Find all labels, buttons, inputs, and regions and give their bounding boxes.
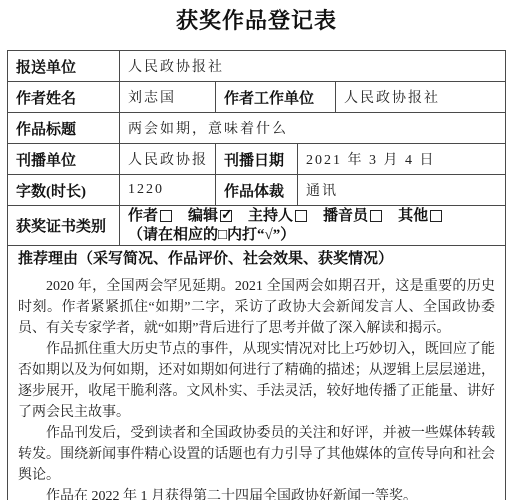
- author-unit-label: 作者工作单位: [224, 87, 314, 108]
- publish-date-value: 2021 年 3 月 4 日: [306, 149, 436, 169]
- publish-date-label: 刊播日期: [224, 149, 284, 170]
- row-cert-type: 获奖证书类别 作者 编辑 主持人: [8, 206, 505, 246]
- submit-unit-value: 人民政协报社: [128, 56, 224, 76]
- submit-unit-label: 报送单位: [16, 56, 76, 77]
- author-unit-value: 人民政协报社: [344, 87, 440, 107]
- cert-type-label: 获奖证书类别: [16, 215, 106, 236]
- cert-option-author-label: 作者: [128, 207, 158, 226]
- row-count-genre: 字数(时长) 1220 作品体裁 通讯: [8, 175, 505, 206]
- reason-paragraph-2: 作品抓住重大历史节点的事件，从现实情况对比上巧妙切入，既回应了能否如期以及为何如…: [18, 339, 495, 423]
- author-unit-label-cell: 作者工作单位: [216, 82, 336, 112]
- genre-label: 作品体裁: [224, 180, 284, 201]
- registration-form-table: 报送单位 人民政协报社 作者姓名 刘志国 作者工作单位 人民政协报社 作: [7, 50, 506, 500]
- reason-paragraph-4: 作品在 2022 年 1 月获得第二十四届全国政协好新闻一等奖。: [18, 486, 495, 500]
- editor-checkbox[interactable]: [220, 210, 232, 222]
- announcer-checkbox[interactable]: [370, 210, 382, 222]
- cert-options-line: 作者 编辑 主持人 播音员: [128, 207, 458, 226]
- genre-label-cell: 作品体裁: [216, 175, 298, 205]
- work-title-value: 两会如期，意味着什么: [128, 118, 288, 138]
- author-checkbox[interactable]: [160, 210, 172, 222]
- submit-unit-label-cell: 报送单位: [8, 51, 120, 81]
- work-title-value-cell: 两会如期，意味着什么: [120, 113, 505, 143]
- author-name-value: 刘志国: [128, 87, 176, 107]
- genre-value-cell: 通讯: [298, 175, 505, 205]
- publish-unit-label-cell: 刊播单位: [8, 144, 120, 174]
- publish-unit-value: 人民政协报: [128, 149, 208, 169]
- publish-date-label-cell: 刊播日期: [216, 144, 298, 174]
- row-reason: 推荐理由（采写简况、作品评价、社会效果、获奖情况） 2020 年，全国两会罕见延…: [8, 246, 505, 500]
- cert-option-host: 主持人: [248, 207, 307, 226]
- cert-option-announcer-label: 播音员: [323, 207, 368, 226]
- row-author: 作者姓名 刘志国 作者工作单位 人民政协报社: [8, 82, 505, 113]
- cert-option-other-label: 其他: [398, 207, 428, 226]
- reason-paragraph-3: 作品刊发后，受到读者和全国政协委员的关注和好评，并被一些媒体转载转发。围绕新闻事…: [18, 423, 495, 486]
- cert-option-editor-label: 编辑: [188, 207, 218, 226]
- work-title-label-cell: 作品标题: [8, 113, 120, 143]
- row-work-title: 作品标题 两会如期，意味着什么: [8, 113, 505, 144]
- publish-unit-value-cell: 人民政协报: [120, 144, 216, 174]
- submit-unit-value-cell: 人民政协报社: [120, 51, 505, 81]
- reason-paragraph-1: 2020 年，全国两会罕见延期。2021 全国两会如期召开，这是重要的历史时刻。…: [18, 276, 495, 339]
- cert-type-options-cell: 作者 编辑 主持人 播音员: [120, 206, 505, 245]
- publish-unit-label: 刊播单位: [16, 149, 76, 170]
- cert-option-other: 其他: [398, 207, 442, 226]
- author-name-label: 作者姓名: [16, 87, 76, 108]
- page-title: 获奖作品登记表: [0, 8, 513, 34]
- document-page: 获奖作品登记表 报送单位 人民政协报社 作者姓名 刘志国 作者工作单位 人民政协…: [0, 8, 513, 500]
- author-unit-value-cell: 人民政协报社: [336, 82, 505, 112]
- work-title-label: 作品标题: [16, 118, 76, 139]
- word-count-label-cell: 字数(时长): [8, 175, 120, 205]
- cert-option-author: 作者: [128, 207, 172, 226]
- author-name-value-cell: 刘志国: [120, 82, 216, 112]
- cert-type-label-cell: 获奖证书类别: [8, 206, 120, 245]
- reason-body: 2020 年，全国两会罕见延期。2021 全国两会如期召开，这是重要的历史时刻。…: [18, 270, 495, 500]
- row-submit-unit: 报送单位 人民政协报社: [8, 51, 505, 82]
- reason-header: 推荐理由（采写简况、作品评价、社会效果、获奖情况）: [18, 249, 495, 270]
- cert-option-editor: 编辑: [188, 207, 232, 226]
- author-name-label-cell: 作者姓名: [8, 82, 120, 112]
- publish-date-value-cell: 2021 年 3 月 4 日: [298, 144, 505, 174]
- cert-option-host-label: 主持人: [248, 207, 293, 226]
- other-checkbox[interactable]: [430, 210, 442, 222]
- host-checkbox[interactable]: [295, 210, 307, 222]
- word-count-label: 字数(时长): [16, 180, 86, 201]
- row-publish: 刊播单位 人民政协报 刊播日期 2021 年 3 月 4 日: [8, 144, 505, 175]
- reason-cell: 推荐理由（采写简况、作品评价、社会效果、获奖情况） 2020 年，全国两会罕见延…: [8, 246, 505, 500]
- word-count-value: 1220: [128, 182, 164, 198]
- word-count-value-cell: 1220: [120, 175, 216, 205]
- cert-option-announcer: 播音员: [323, 207, 382, 226]
- cert-note: （请在相应的□内打“√”）: [128, 226, 295, 245]
- genre-value: 通讯: [306, 180, 338, 200]
